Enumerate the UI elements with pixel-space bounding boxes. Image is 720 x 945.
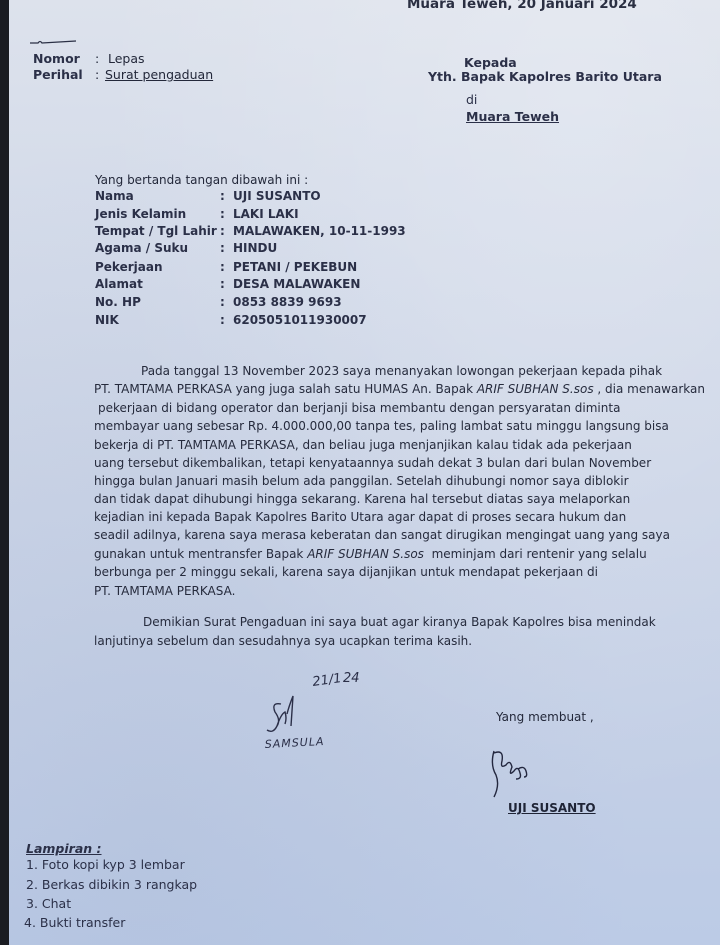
identity-value: 6205051011930007 [233,313,367,327]
body-text: , dia menawarkan [594,382,705,396]
svg-text:24: 24 [343,671,360,686]
perihal-value: Surat pengaduan [105,67,213,82]
body-text: berbunga per 2 minggu sekali, karena say… [94,565,598,579]
closing-line-1: Demikian Surat Pengaduan ini saya buat a… [143,615,656,629]
body-line: pekerjaan di bidang operator dan berjanj… [98,401,620,415]
identity-colon: : [220,224,225,238]
body-line: seadil adilnya, karena saya merasa keber… [94,528,670,542]
identity-value: HINDU [233,241,277,255]
body-text: uang tersebut dikembalikan, tetapi kenya… [94,456,651,470]
person-name-italic: ARIF SUBHAN S.sos [477,382,594,396]
place-date: Muara Teweh, 20 Januari 2024 [407,0,637,12]
body-line: Pada tanggal 13 November 2023 saya menan… [141,364,662,378]
recipient-city: Muara Teweh [466,109,559,124]
intro-text: Yang bertanda tangan dibawah ini : [95,173,308,187]
identity-colon: : [220,260,225,274]
body-line: membayar uang sebesar Rp. 4.000.000,00 t… [94,419,669,433]
signature-name: UJI SUSANTO [508,801,596,815]
attachment-item: 1. Foto kopi kyp 3 lembar [26,857,185,872]
identity-value: PETANI / PEKEBUN [233,260,357,274]
body-text: kejadian ini kepada Bapak Kapolres Barit… [94,510,626,524]
body-line: dan tidak dapat dihubungi hingga sekaran… [94,492,630,506]
svg-text:21/1: 21/1 [311,671,342,690]
body-text: pekerjaan di bidang operator dan berjanj… [98,401,620,415]
perihal-label: Perihal [33,67,83,82]
author-handwritten-signature [488,745,548,805]
body-line: bekerja di PT. TAMTAMA PERKASA, dan beli… [94,438,632,452]
body-text: meminjam dari rentenir yang selalu [424,547,647,561]
identity-label: Tempat / Tgl Lahir [95,224,217,238]
body-line: berbunga per 2 minggu sekali, karena say… [94,565,598,579]
svg-text:SAMSULA: SAMSULA [264,735,324,751]
body-line: PT. TAMTAMA PERKASA yang juga salah satu… [94,382,705,396]
attachments-title: Lampiran : [26,841,102,856]
person-name-italic: ARIF SUBHAN S.sos [307,547,424,561]
body-text: bekerja di PT. TAMTAMA PERKASA, dan beli… [94,438,632,452]
identity-label: Jenis Kelamin [95,207,186,221]
identity-label: Nama [95,189,134,203]
identity-label: No. HP [95,295,141,309]
signature-label: Yang membuat , [496,710,594,724]
nomor-value: Lepas [108,51,145,66]
closing-line-2: lanjutinya sebelum dan sesudahnya sya uc… [94,634,472,648]
pen-scribble [28,36,78,46]
identity-value: 0853 8839 9693 [233,295,342,309]
body-line: gunakan untuk mentransfer Bapak ARIF SUB… [94,547,647,561]
identity-colon: : [220,277,225,291]
identity-colon: : [220,295,225,309]
letter-paper [9,0,720,945]
body-line: uang tersebut dikembalikan, tetapi kenya… [94,456,651,470]
identity-label: Pekerjaan [95,260,163,274]
identity-colon: : [220,241,225,255]
body-text: hingga bulan Januari masih belum ada pan… [94,474,629,488]
recipient-line: Yth. Bapak Kapolres Barito Utara [428,69,662,84]
body-text: seadil adilnya, karena saya merasa keber… [94,528,670,542]
identity-value: LAKI LAKI [233,207,299,221]
body-text: dan tidak dapat dihubungi hingga sekaran… [94,492,630,506]
identity-colon: : [220,207,225,221]
identity-label: NIK [95,313,119,327]
body-text: Pada tanggal 13 November 2023 saya menan… [141,364,662,378]
nomor-colon: : [95,51,99,66]
attachment-item: 3. Chat [26,896,71,911]
attachment-item: 2. Berkas dibikin 3 rangkap [26,877,197,892]
body-line: hingga bulan Januari masih belum ada pan… [94,474,629,488]
receiver-handwritten-signature: 21/1 24 SAMSULA [265,668,385,758]
identity-colon: : [220,189,225,203]
identity-label: Alamat [95,277,143,291]
body-line: PT. TAMTAMA PERKASA. [94,584,235,598]
perihal-colon: : [95,67,99,82]
body-line: kejadian ini kepada Bapak Kapolres Barit… [94,510,626,524]
recipient-kepada: Kepada [464,55,517,70]
identity-value: MALAWAKEN, 10-11-1993 [233,224,406,238]
body-text: membayar uang sebesar Rp. 4.000.000,00 t… [94,419,669,433]
nomor-label: Nomor [33,51,80,66]
identity-value: DESA MALAWAKEN [233,277,360,291]
body-text: gunakan untuk mentransfer Bapak [94,547,307,561]
recipient-di: di [466,92,477,107]
identity-colon: : [220,313,225,327]
body-text: PT. TAMTAMA PERKASA. [94,584,235,598]
body-text: PT. TAMTAMA PERKASA yang juga salah satu… [94,382,477,396]
attachment-item: 4. Bukti transfer [24,915,125,930]
identity-label: Agama / Suku [95,241,188,255]
identity-value: UJI SUSANTO [233,189,321,203]
